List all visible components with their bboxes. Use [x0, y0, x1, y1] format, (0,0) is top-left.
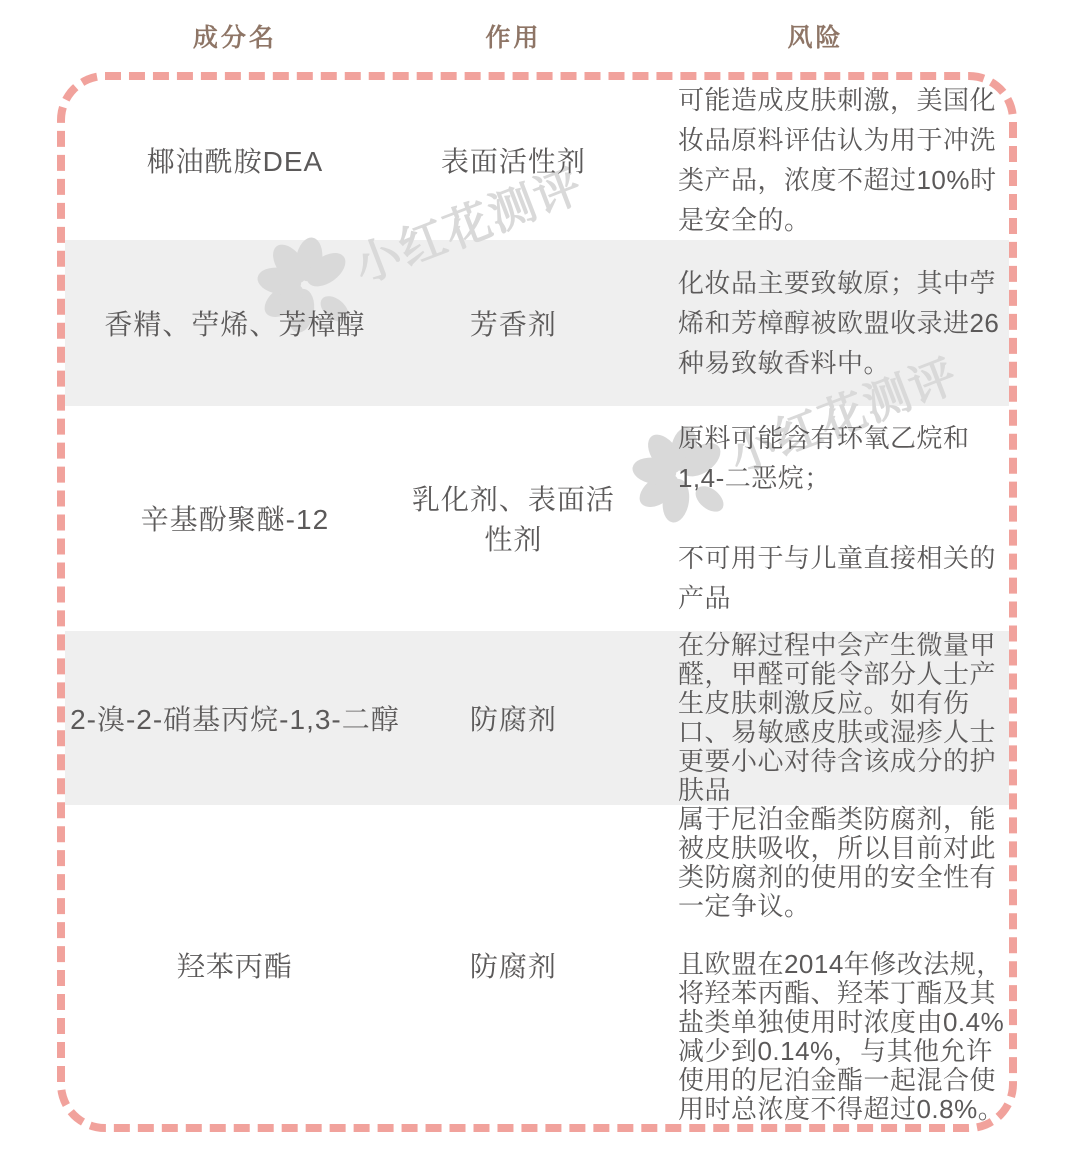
- ingredient-cell: 辛基酚聚醚-12: [65, 498, 405, 538]
- risk-cell: 属于尼泊金酯类防腐剂，能被皮肤吸收，所以目前对此类防腐剂的使用的安全性有一定争议…: [622, 805, 1009, 1124]
- column-header-risk: 风险: [622, 18, 1009, 54]
- function-cell: 芳香剂: [405, 303, 622, 343]
- function-cell: 防腐剂: [405, 945, 622, 985]
- table-row: 2-溴-2-硝基丙烷-1,3-二醇 防腐剂 在分解过程中会产生微量甲醛，甲醛可能…: [65, 631, 1009, 805]
- table-row: 香精、苧烯、芳樟醇 芳香剂 化妆品主要致敏原；其中苧烯和芳樟醇被欧盟收录进26种…: [65, 240, 1009, 406]
- risk-cell: 原料可能含有环氧乙烷和1,4-二恶烷； 不可用于与儿童直接相关的产品: [622, 418, 1009, 618]
- table-row: 椰油酰胺DEA 表面活性剂 可能造成皮肤刺激，美国化妆品原料评估认为用于冲洗类产…: [65, 80, 1009, 240]
- table-border: 椰油酰胺DEA 表面活性剂 可能造成皮肤刺激，美国化妆品原料评估认为用于冲洗类产…: [57, 72, 1017, 1132]
- ingredient-cell: 香精、苧烯、芳樟醇: [65, 303, 405, 343]
- function-cell: 表面活性剂: [405, 140, 622, 180]
- function-cell: 防腐剂: [405, 698, 622, 738]
- ingredient-cell: 椰油酰胺DEA: [65, 140, 405, 180]
- risk-cell: 化妆品主要致敏原；其中苧烯和芳樟醇被欧盟收录进26种易致敏香料中。: [622, 263, 1009, 383]
- column-header-ingredient: 成分名: [65, 18, 405, 54]
- table-header-row: 成分名 作用 风险: [57, 0, 1017, 72]
- function-cell: 乳化剂、表面活性剂: [405, 478, 622, 558]
- column-header-function: 作用: [405, 18, 622, 54]
- risk-cell: 可能造成皮肤刺激，美国化妆品原料评估认为用于冲洗类产品，浓度不超过10%时是安全…: [622, 80, 1009, 240]
- ingredient-cell: 2-溴-2-硝基丙烷-1,3-二醇: [65, 698, 405, 738]
- ingredient-cell: 羟苯丙酯: [65, 945, 405, 985]
- table-row: 羟苯丙酯 防腐剂 属于尼泊金酯类防腐剂，能被皮肤吸收，所以目前对此类防腐剂的使用…: [65, 805, 1009, 1124]
- ingredient-risk-table-page: 成分名 作用 风险 椰油酰胺DEA 表面活性剂 可能造成皮肤刺激，美国化妆品原料…: [0, 0, 1080, 1168]
- risk-cell: 在分解过程中会产生微量甲醛，甲醛可能令部分人士产生皮肤刺激反应。如有伤口、易敏感…: [622, 631, 1009, 805]
- table-row: 辛基酚聚醚-12 乳化剂、表面活性剂 原料可能含有环氧乙烷和1,4-二恶烷； 不…: [65, 406, 1009, 631]
